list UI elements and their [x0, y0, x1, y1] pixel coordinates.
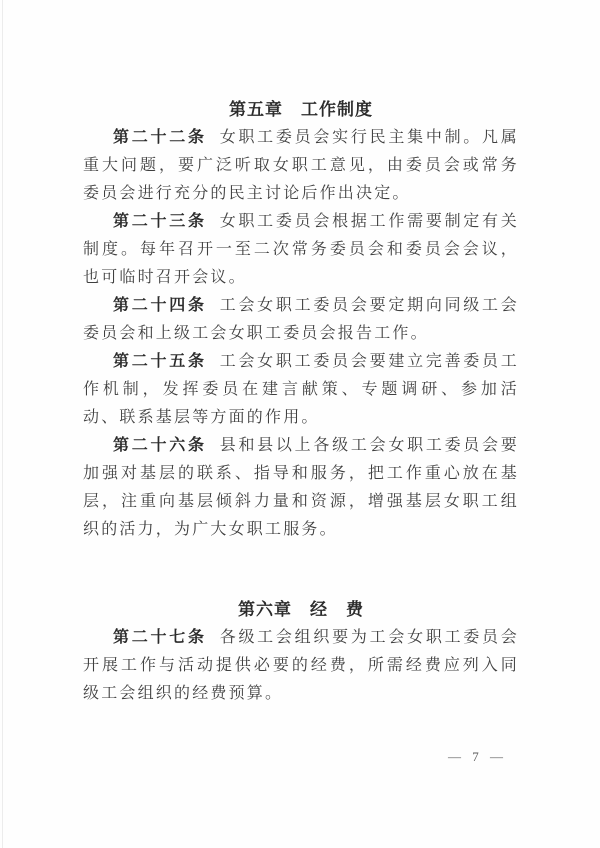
article-27-paragraph: 第二十七条各级工会组织要为工会女职工委员会开展工作与活动提供必要的经费，所需经费… [83, 624, 519, 708]
article-25-label: 第二十五条 [113, 353, 207, 370]
chapter-5-section: 第五章 工作制度 第二十二条女职工委员会实行民主集中制。凡属重大问题，要广泛听取… [83, 96, 519, 544]
scan-edge-artifact [2, 0, 3, 848]
document-content: 第五章 工作制度 第二十二条女职工委员会实行民主集中制。凡属重大问题，要广泛听取… [83, 96, 519, 708]
article-26-paragraph: 第二十六条县和县以上各级工会女职工委员会要加强对基层的联系、指导和服务，把工作重… [83, 432, 519, 544]
page-number: — 7 — [448, 749, 507, 765]
chapter-6-title: 第六章 经 费 [83, 596, 519, 624]
article-22-paragraph: 第二十二条女职工委员会实行民主集中制。凡属重大问题，要广泛听取女职工意见，由委员… [83, 124, 519, 208]
article-25-paragraph: 第二十五条工会女职工委员会要建立完善委员工作机制，发挥委员在建言献策、专题调研、… [83, 348, 519, 432]
article-24-paragraph: 第二十四条工会女职工委员会要定期向同级工会委员会和上级工会女职工委员会报告工作。 [83, 292, 519, 348]
chapter-6-section: 第六章 经 费 第二十七条各级工会组织要为工会女职工委员会开展工作与活动提供必要… [83, 596, 519, 708]
document-page: 第五章 工作制度 第二十二条女职工委员会实行民主集中制。凡属重大问题，要广泛听取… [0, 0, 600, 848]
article-23-label: 第二十三条 [113, 213, 207, 230]
article-26-label: 第二十六条 [113, 437, 207, 454]
chapter-5-title: 第五章 工作制度 [83, 96, 519, 124]
article-22-label: 第二十二条 [113, 129, 207, 146]
article-27-label: 第二十七条 [113, 629, 207, 646]
article-23-paragraph: 第二十三条女职工委员会根据工作需要制定有关制度。每年召开一至二次常务委员会和委员… [83, 208, 519, 292]
article-24-label: 第二十四条 [113, 297, 207, 314]
